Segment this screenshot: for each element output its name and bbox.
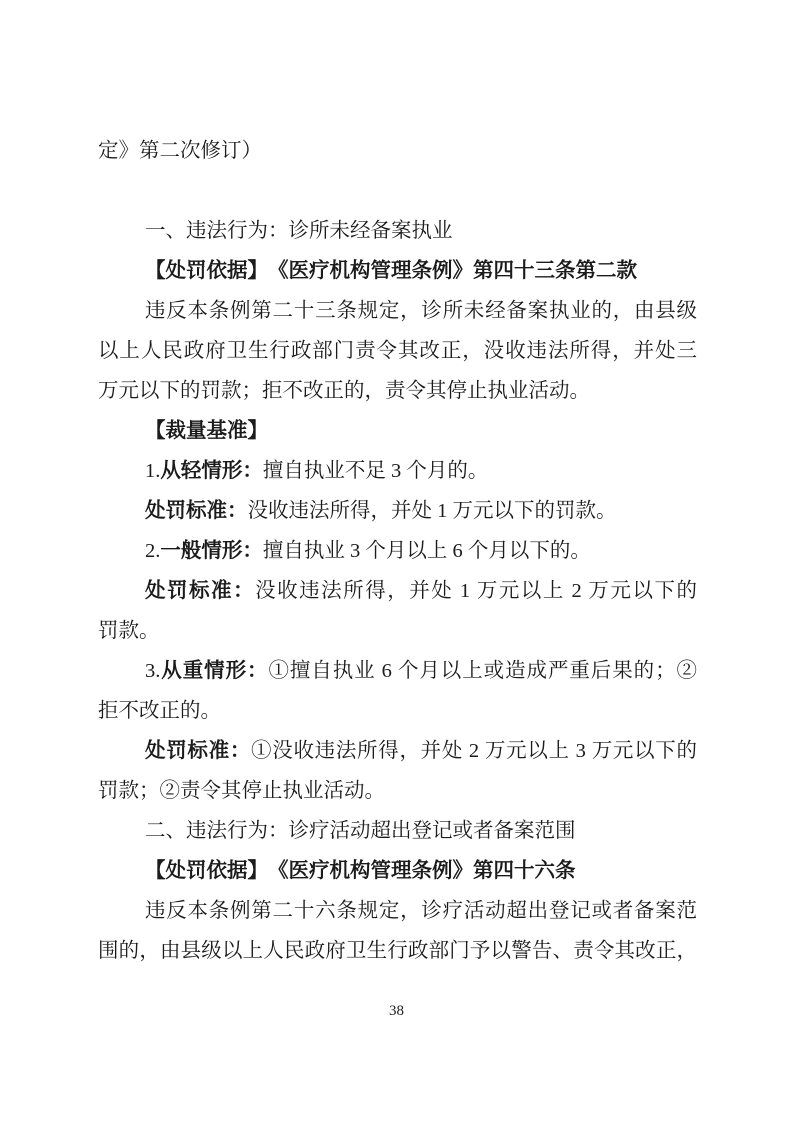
bold-text-run: 处罚标准：: [145, 500, 248, 522]
text-run: 一、违法行为：诊所未经备案执业: [145, 220, 453, 242]
text-line: 【裁量基准】: [98, 411, 697, 451]
text-run: ①擅自执业 6 个月以上或造成严重后果的；②: [268, 660, 697, 682]
text-run: 2.: [145, 540, 160, 562]
text-line: 万元以下的罚款；拒不改正的，责令其停止执业活动。: [98, 371, 697, 411]
bold-text-run: 【处罚依据】 《医疗机构管理条例》第四十六条: [145, 860, 576, 882]
document-page: 定》第二次修订）一、违法行为：诊所未经备案执业【处罚依据】 《医疗机构管理条例》…: [0, 0, 793, 1122]
text-run: 二、违法行为：诊疗活动超出登记或者备案范围: [145, 820, 576, 842]
text-run: 万元以下的罚款；拒不改正的，责令其停止执业活动。: [98, 380, 590, 402]
text-line: 违反本条例第二十三条规定，诊所未经备案执业的，由县级: [98, 291, 697, 331]
text-run: 3.: [145, 660, 160, 682]
text-line: 围的，由县级以上人民政府卫生行政部门予以警告、责令其改正，: [98, 931, 697, 971]
bold-text-run: 处罚标准：: [145, 740, 251, 762]
document-body: 定》第二次修订）一、违法行为：诊所未经备案执业【处罚依据】 《医疗机构管理条例》…: [98, 131, 697, 971]
text-run: 没收违法所得，并处 1 万元以上 2 万元以下的: [255, 580, 697, 602]
text-line: 【处罚依据】 《医疗机构管理条例》第四十六条: [98, 851, 697, 891]
text-line: 处罚标准：①没收违法所得，并处 2 万元以上 3 万元以下的: [98, 731, 697, 771]
text-run: 围的，由县级以上人民政府卫生行政部门予以警告、责令其改正，: [98, 940, 697, 962]
text-run: 罚款；②责令其停止执业活动。: [98, 780, 385, 802]
bold-text-run: 【裁量基准】: [145, 420, 268, 442]
text-line: 以上人民政府卫生行政部门责令其改正，没收违法所得，并处三: [98, 331, 697, 371]
text-line: 处罚标准：没收违法所得，并处 1 万元以上 2 万元以下的: [98, 571, 697, 611]
text-line: 拒不改正的。: [98, 691, 697, 731]
text-run: 擅自执业不足 3 个月的。: [263, 460, 489, 482]
text-line: 【处罚依据】 《医疗机构管理条例》第四十三条第二款: [98, 251, 697, 291]
text-run: 拒不改正的。: [98, 700, 221, 722]
text-run: 定》第二次修订）: [98, 140, 262, 162]
text-line: 3.从重情形：①擅自执业 6 个月以上或造成严重后果的；②: [98, 651, 697, 691]
bold-text-run: 处罚标准：: [145, 580, 255, 602]
text-line: 1.从轻情形：擅自执业不足 3 个月的。: [98, 451, 697, 491]
text-line: 定》第二次修订）: [98, 131, 697, 171]
bold-text-run: 从轻情形：: [160, 460, 263, 482]
bold-text-run: 【处罚依据】 《医疗机构管理条例》第四十三条第二款: [145, 260, 637, 282]
text-line: 罚款。: [98, 611, 697, 651]
text-line: 一、违法行为：诊所未经备案执业: [98, 211, 697, 251]
text-run: 1.: [145, 460, 160, 482]
text-line: 处罚标准：没收违法所得，并处 1 万元以下的罚款。: [98, 491, 697, 531]
bold-text-run: 从重情形：: [160, 660, 268, 682]
text-line: 二、违法行为：诊疗活动超出登记或者备案范围: [98, 811, 697, 851]
text-run: 以上人民政府卫生行政部门责令其改正，没收违法所得，并处三: [98, 340, 697, 362]
text-run: 没收违法所得，并处 1 万元以下的罚款。: [248, 500, 617, 522]
text-line: 违反本条例第二十六条规定，诊疗活动超出登记或者备案范: [98, 891, 697, 931]
text-run: 违反本条例第二十六条规定，诊疗活动超出登记或者备案范: [145, 900, 697, 922]
text-run: 违反本条例第二十三条规定，诊所未经备案执业的，由县级: [145, 300, 697, 322]
text-line: 罚款；②责令其停止执业活动。: [98, 771, 697, 811]
text-run: 罚款。: [98, 620, 160, 642]
text-run: 擅自执业 3 个月以上 6 个月以下的。: [263, 540, 591, 562]
text-line: 2.一般情形：擅自执业 3 个月以上 6 个月以下的。: [98, 531, 697, 571]
bold-text-run: 一般情形：: [160, 540, 263, 562]
page-number: 38: [0, 1000, 793, 1022]
blank-line: [98, 171, 697, 211]
text-run: ①没收违法所得，并处 2 万元以上 3 万元以下的: [251, 740, 697, 762]
